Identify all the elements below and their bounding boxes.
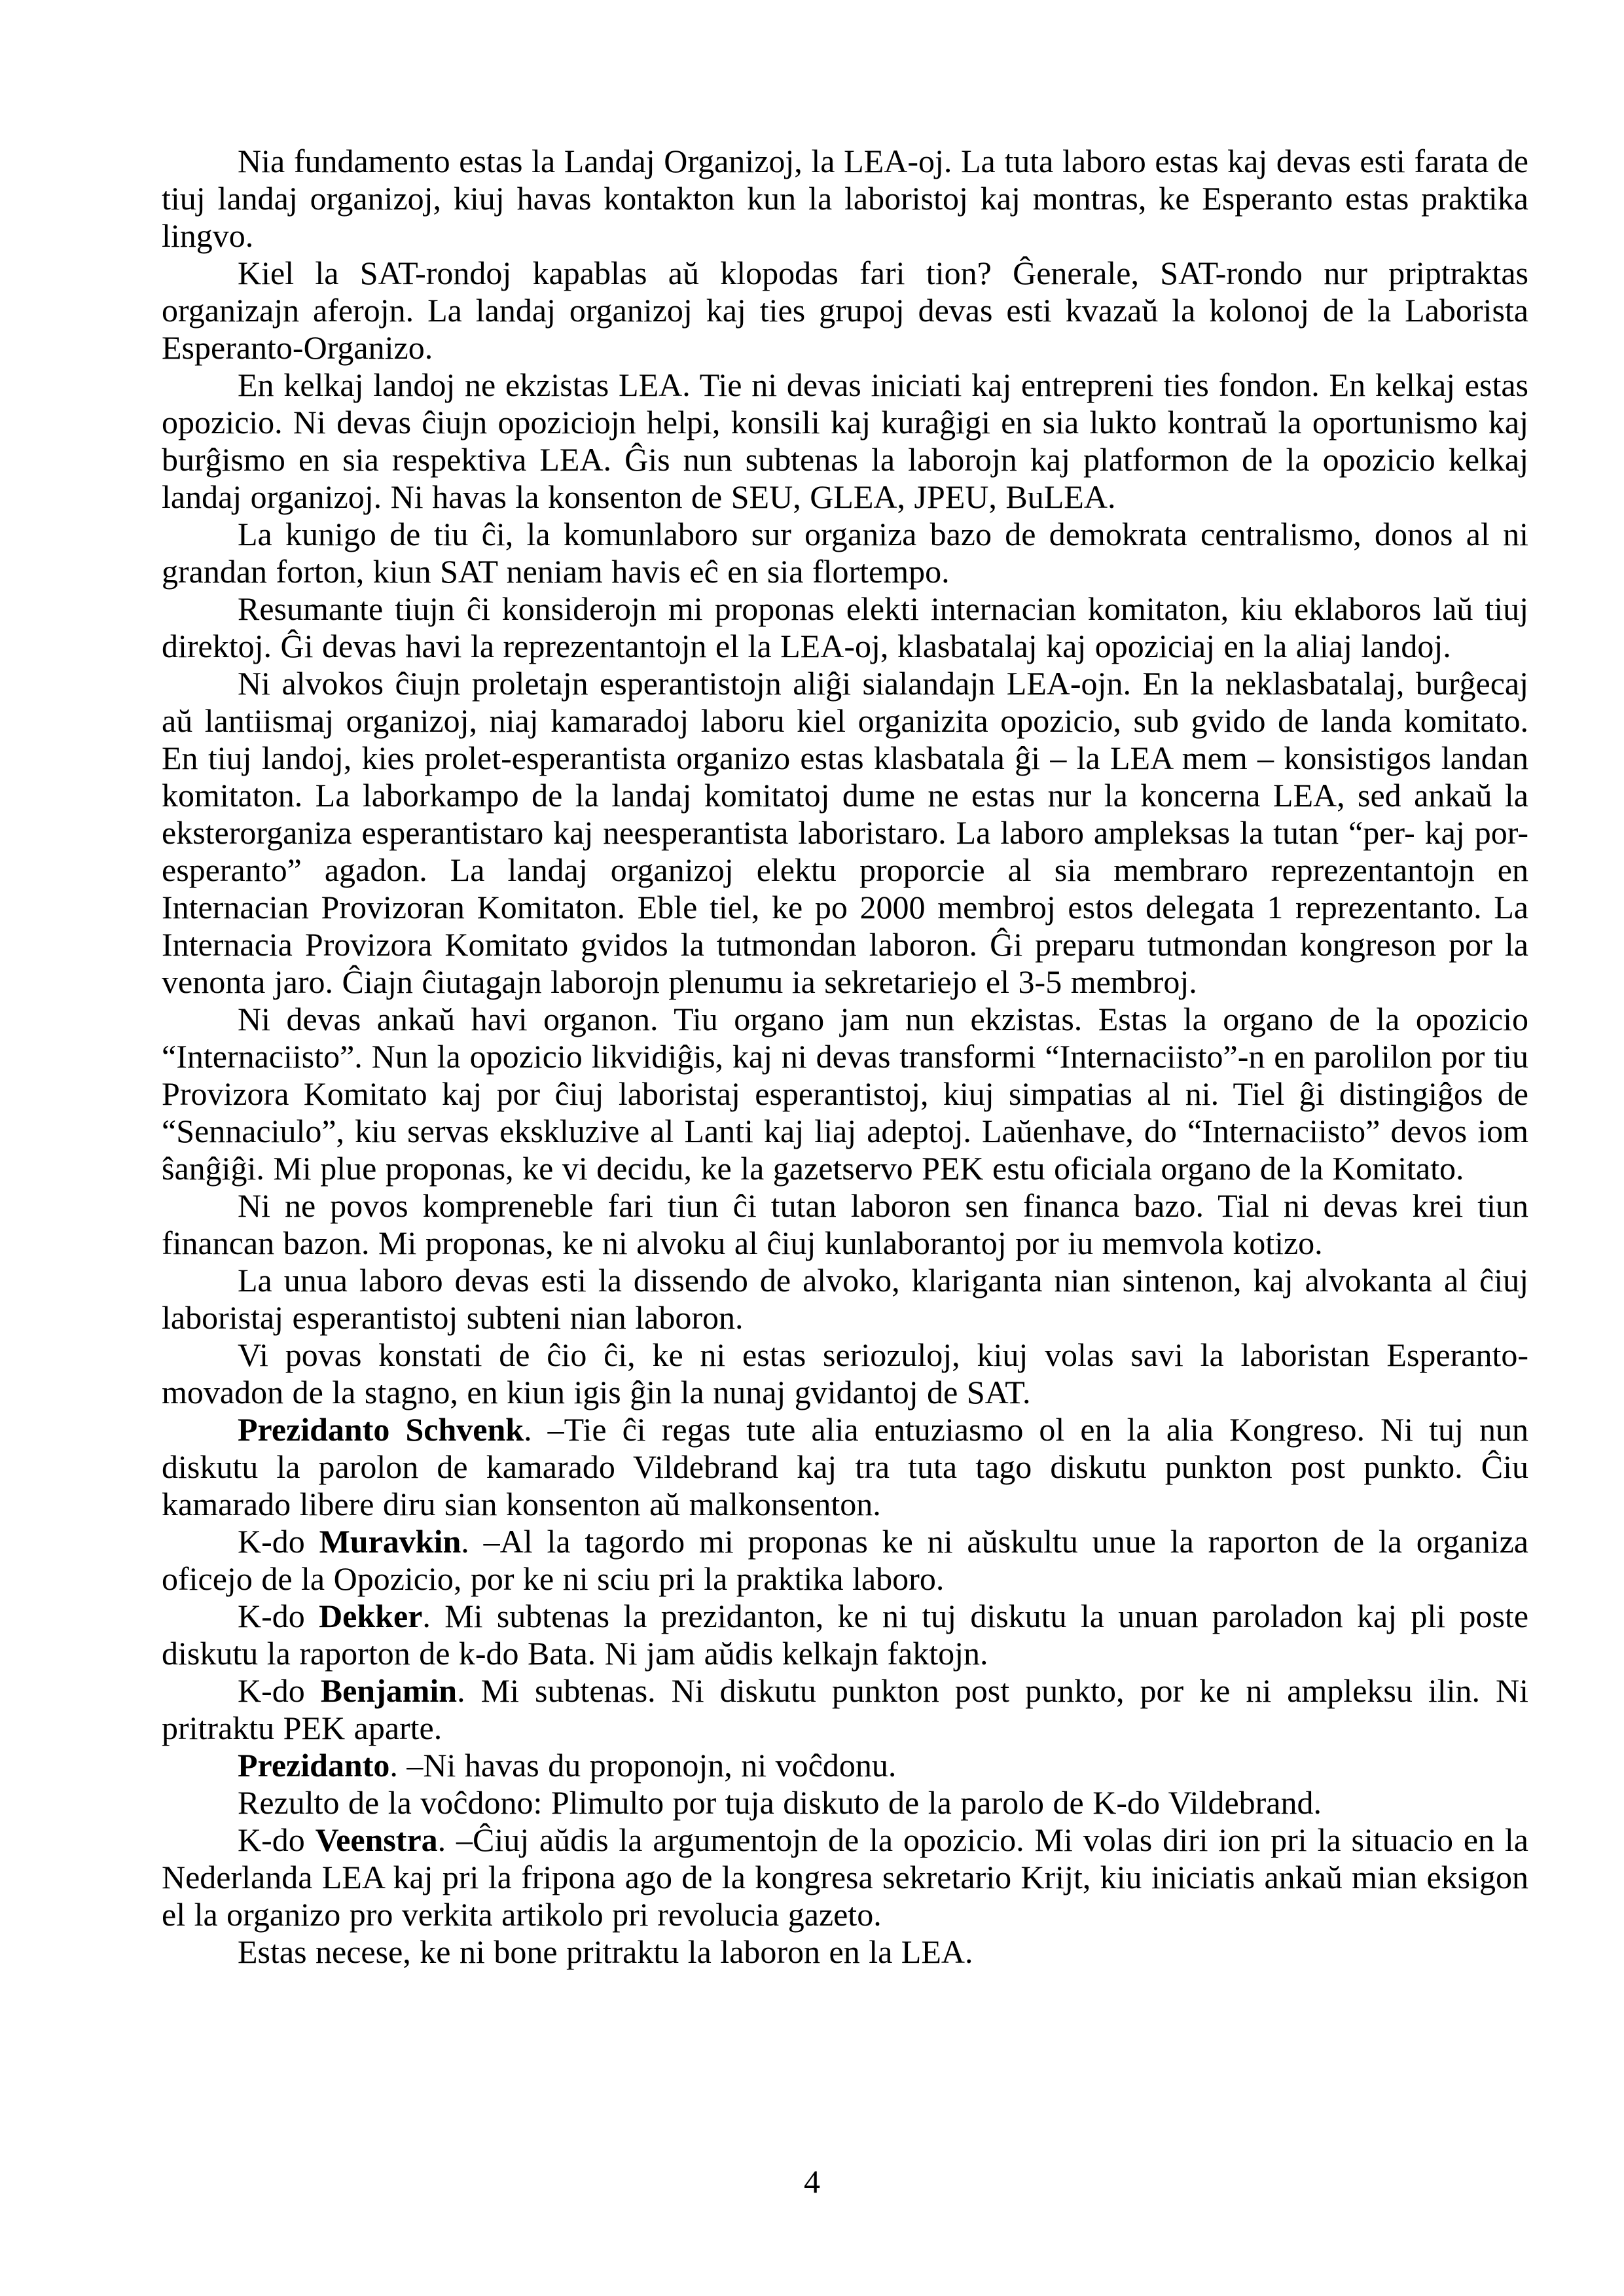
paragraph-17: K-do Veenstra. –Ĉiuj aŭdis la argumentoj… xyxy=(162,1821,1528,1933)
paragraph-12: K-do Muravkin. –Al la tagordo mi propona… xyxy=(162,1523,1528,1598)
paragraph-2: Kiel la SAT-rondoj kapablas aŭ klopodas … xyxy=(162,255,1528,367)
paragraph-11: Prezidanto Schvenk. –Tie ĉi regas tute a… xyxy=(162,1411,1528,1523)
paragraph-text: Estas necese, ke ni bone pritraktu la la… xyxy=(238,1933,973,1970)
paragraph-8: Ni ne povos kompreneble fari tiun ĉi tut… xyxy=(162,1187,1528,1262)
paragraph-text: K-do xyxy=(238,1821,316,1858)
speaker-name: Muravkin xyxy=(319,1523,461,1560)
paragraph-3: En kelkaj landoj ne ekzistas LEA. Tie ni… xyxy=(162,367,1528,516)
paragraph-text: Vi povas konstati de ĉio ĉi, ke ni estas… xyxy=(162,1336,1528,1410)
speaker-name: Dekker xyxy=(319,1598,422,1634)
document-body: Nia fundamento estas la Landaj Organizoj… xyxy=(162,143,1528,1971)
paragraph-10: Vi povas konstati de ĉio ĉi, ke ni estas… xyxy=(162,1336,1528,1411)
paragraph-text: Resumante tiujn ĉi konsiderojn mi propon… xyxy=(162,590,1528,664)
paragraph-6: Ni alvokos ĉiujn proletajn esperantistoj… xyxy=(162,665,1528,1001)
paragraph-text: La kunigo de tiu ĉi, la komunlaboro sur … xyxy=(162,516,1528,590)
paragraph-text: Ni devas ankaŭ havi organon. Tiu organo … xyxy=(162,1001,1528,1187)
paragraph-9: La unua laboro devas esti la dissendo de… xyxy=(162,1262,1528,1336)
paragraph-text: K-do xyxy=(238,1598,319,1634)
paragraph-text: En kelkaj landoj ne ekzistas LEA. Tie ni… xyxy=(162,367,1528,515)
paragraph-15: Prezidanto. –Ni havas du proponojn, ni v… xyxy=(162,1747,1528,1784)
paragraph-text: . –Ni havas du proponojn, ni voĉdonu. xyxy=(389,1747,896,1784)
paragraph-text: Kiel la SAT-rondoj kapablas aŭ klopodas … xyxy=(162,255,1528,366)
paragraph-14: K-do Benjamin. Mi subtenas. Ni diskutu p… xyxy=(162,1672,1528,1747)
speaker-name: Prezidanto Schvenk xyxy=(238,1411,524,1448)
paragraph-13: K-do Dekker. Mi subtenas la prezidanton,… xyxy=(162,1598,1528,1672)
paragraph-7: Ni devas ankaŭ havi organon. Tiu organo … xyxy=(162,1001,1528,1187)
speaker-name: Prezidanto xyxy=(238,1747,389,1784)
paragraph-16: Rezulto de la voĉdono: Plimulto por tuja… xyxy=(162,1784,1528,1821)
paragraph-18: Estas necese, ke ni bone pritraktu la la… xyxy=(162,1933,1528,1971)
paragraph-text: K-do xyxy=(238,1672,321,1709)
paragraph-text: Ni alvokos ĉiujn proletajn esperantistoj… xyxy=(162,665,1528,1000)
paragraph-text: K-do xyxy=(238,1523,319,1560)
paragraph-4: La kunigo de tiu ĉi, la komunlaboro sur … xyxy=(162,516,1528,590)
speaker-name: Benjamin xyxy=(321,1672,457,1709)
paragraph-text: Ni ne povos kompreneble fari tiun ĉi tut… xyxy=(162,1187,1528,1261)
paragraph-1: Nia fundamento estas la Landaj Organizoj… xyxy=(162,143,1528,255)
document-page: Nia fundamento estas la Landaj Organizoj… xyxy=(0,0,1624,2296)
paragraph-text: Rezulto de la voĉdono: Plimulto por tuja… xyxy=(238,1784,1322,1821)
page-number: 4 xyxy=(0,2163,1624,2200)
paragraph-text: La unua laboro devas esti la dissendo de… xyxy=(162,1262,1528,1336)
paragraph-5: Resumante tiujn ĉi konsiderojn mi propon… xyxy=(162,590,1528,665)
speaker-name: Veenstra xyxy=(316,1821,438,1858)
paragraph-text: Nia fundamento estas la Landaj Organizoj… xyxy=(162,143,1528,254)
